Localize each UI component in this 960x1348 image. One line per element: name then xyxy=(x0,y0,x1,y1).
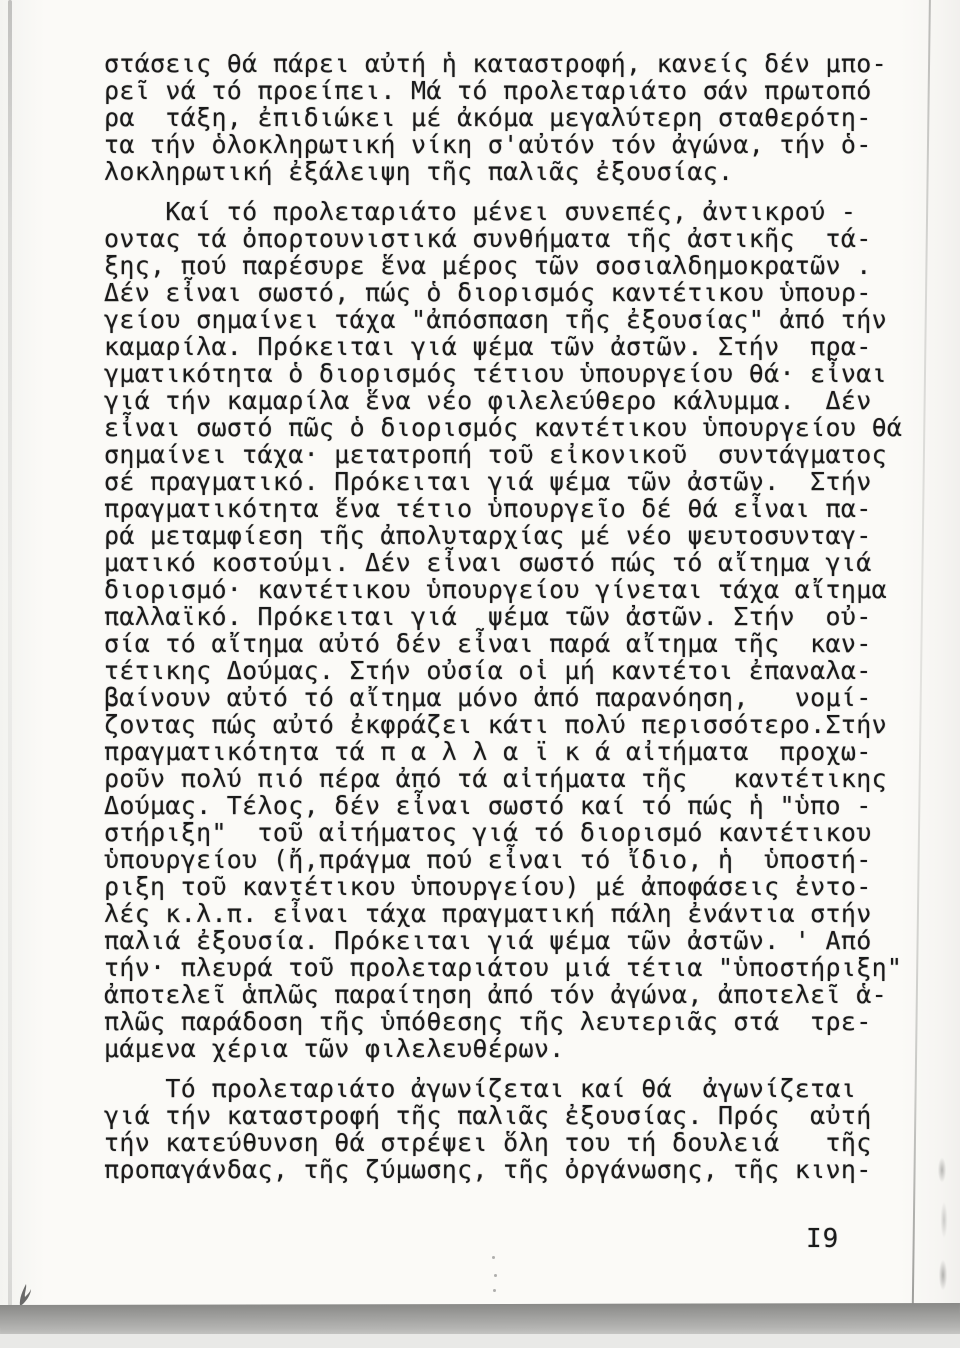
paragraph: Τό προλεταριάτο ἀγωνίζεται καί θά ἀγωνίζ… xyxy=(104,1075,910,1183)
ink-speck xyxy=(493,1289,496,1292)
pen-mark xyxy=(16,1280,36,1308)
text-line: ζοντας πώς αὐτό ἐκφράζει κάτι πολύ περισ… xyxy=(104,711,910,738)
text-line: Δέν εἶναι σωστό, πώς ὁ διορισμός καντέτι… xyxy=(104,279,910,306)
page-fold-shadow xyxy=(8,0,12,1306)
text-line: λές κ.λ.π. εἶναι τάχα πραγματική πάλη ἐν… xyxy=(104,900,910,927)
text-line: ξης, πού παρέσυρε ἕνα μέρος τῶν σοσιαλδη… xyxy=(104,252,910,279)
text-line: παλλαϊκό. Πρόκειται γιά ψέμα τῶν ἀστῶν. … xyxy=(104,603,910,630)
scanned-page: στάσεις θά πάρει αὐτή ἡ καταστροφή, κανε… xyxy=(0,0,960,1348)
text-line: μάμενα χέρια τῶν φιλελευθέρων. xyxy=(104,1035,910,1062)
text-line: ρεῖ νά τό προείπει. Μά τό προλεταριάτο σ… xyxy=(104,77,910,104)
text-line: στήριξη" τοῦ αἰτήματος γιά τό διορισμό κ… xyxy=(104,819,910,846)
text-line: ροῦν πολύ πιό πέρα ἀπό τά αἰτήματα τῆς κ… xyxy=(104,765,910,792)
text-line: ρά μεταμφίεση τῆς ἀπολυταρχίας μέ νέο ψε… xyxy=(104,522,910,549)
scan-background-strip xyxy=(0,1334,960,1348)
page-number: I9 xyxy=(806,1224,839,1254)
text-line: τα τήν ὁλοκληρωτική νίκη σ'αὐτόν τόν ἀγώ… xyxy=(104,131,910,158)
text-line: πλῶς παράδοση τῆς ὑπόθεσης τῆς λευτεριᾶς… xyxy=(104,1008,910,1035)
text-line: καμαρίλα. Πρόκειται γιά ψέμα τῶν ἀστῶν. … xyxy=(104,333,910,360)
text-line: εἶναι σωστό πῶς ὁ διορισμός καντέτικου ὑ… xyxy=(104,414,910,441)
text-line: πραγματικότητα ἕνα τέτιο ὑπουργεῖο δέ θά… xyxy=(104,495,910,522)
text-line: γιά τήν καμαρίλα ἕνα νέο φιλελεύθερο κάλ… xyxy=(104,387,910,414)
paragraph: Καί τό προλεταριάτο μένει συνεπές, ἀντικ… xyxy=(104,198,910,1062)
text-line: διορισμό· καντέτικου ὑπουργείου γίνεται … xyxy=(104,576,910,603)
text-line: ριξη τοῦ καντέτικου ὑπουργείου) μέ ἀποφά… xyxy=(104,873,910,900)
text-line: στάσεις θά πάρει αὐτή ἡ καταστροφή, κανε… xyxy=(104,50,910,77)
text-line: ματικό κοστούμι. Δέν εἶναι σωστό πώς τό … xyxy=(104,549,910,576)
page-edge-shadow xyxy=(912,0,931,1322)
text-line: γματικότητα ὁ διορισμός τέτιου ὑπουργείο… xyxy=(104,360,910,387)
text-line: βαίνουν αὐτό τό αἴτημα μόνο ἀπό παρανόησ… xyxy=(104,684,910,711)
paragraph: στάσεις θά πάρει αὐτή ἡ καταστροφή, κανε… xyxy=(104,50,910,185)
text-line: γιά τήν καταστροφή τῆς παλιᾶς ἐξουσίας. … xyxy=(104,1102,910,1129)
text-line: ἀποτελεῖ ἁπλῶς παραίτηση ἀπό τόν ἀγώνα, … xyxy=(104,981,910,1008)
ink-speck xyxy=(494,1274,497,1277)
text-line: σέ πραγματικό. Πρόκειται γιά ψέμα τῶν ἀσ… xyxy=(104,468,910,495)
text-line: σημαίνει τάχα· μετατροπή τοῦ εἰκονικοῦ σ… xyxy=(104,441,910,468)
scan-shadow-bottom xyxy=(0,1303,960,1336)
text-line: Καί τό προλεταριάτο μένει συνεπές, ἀντικ… xyxy=(104,198,910,225)
text-line: Δούμας. Τέλος, δέν εἶναι σωστό καί τό πώ… xyxy=(104,792,910,819)
ink-speck xyxy=(492,1256,495,1259)
text-line: σία τό αἴτημα αὐτό δέν εἶναι παρά αἴτημα… xyxy=(104,630,910,657)
text-line: τήν κατεύθυνση θά στρέψει ὅλη του τή δου… xyxy=(104,1129,910,1156)
text-line: λοκληρωτική ἐξάλειψη τῆς παλιᾶς ἐξουσίας… xyxy=(104,158,910,185)
text-line: Τό προλεταριάτο ἀγωνίζεται καί θά ἀγωνίζ… xyxy=(104,1075,910,1102)
text-line: προπαγάνδας, τῆς ζύμωσης, τῆς ὀργάνωσης,… xyxy=(104,1156,910,1183)
text-line: ρα τάξη, ἐπιδιώκει μέ ἀκόμα μεγαλύτερη σ… xyxy=(104,104,910,131)
text-line: πραγματικότητα τά π α λ λ α ϊ κ ά αἰτήμα… xyxy=(104,738,910,765)
text-line: ὑπουργείου (ἤ,πράγμα πού εἶναι τό ἴδιο, … xyxy=(104,846,910,873)
text-line: τέτικης Δούμας. Στήν οὐσία οἱ μή καντέτο… xyxy=(104,657,910,684)
page-edge-rough-texture xyxy=(938,1150,948,1306)
text-line: οντας τά ὀπορτουνιστικά συνθήματα τῆς ἀσ… xyxy=(104,225,910,252)
text-block: στάσεις θά πάρει αὐτή ἡ καταστροφή, κανε… xyxy=(104,50,910,1183)
text-line: τήν· πλευρά τοῦ προλεταριάτου μιά τέτια … xyxy=(104,954,910,981)
text-line: παλιά ἐξουσία. Πρόκειται γιά ψέμα τῶν ἀσ… xyxy=(104,927,910,954)
text-line: γείου σημαίνει τάχα "ἀπόσπαση τῆς ἐξουσί… xyxy=(104,306,910,333)
